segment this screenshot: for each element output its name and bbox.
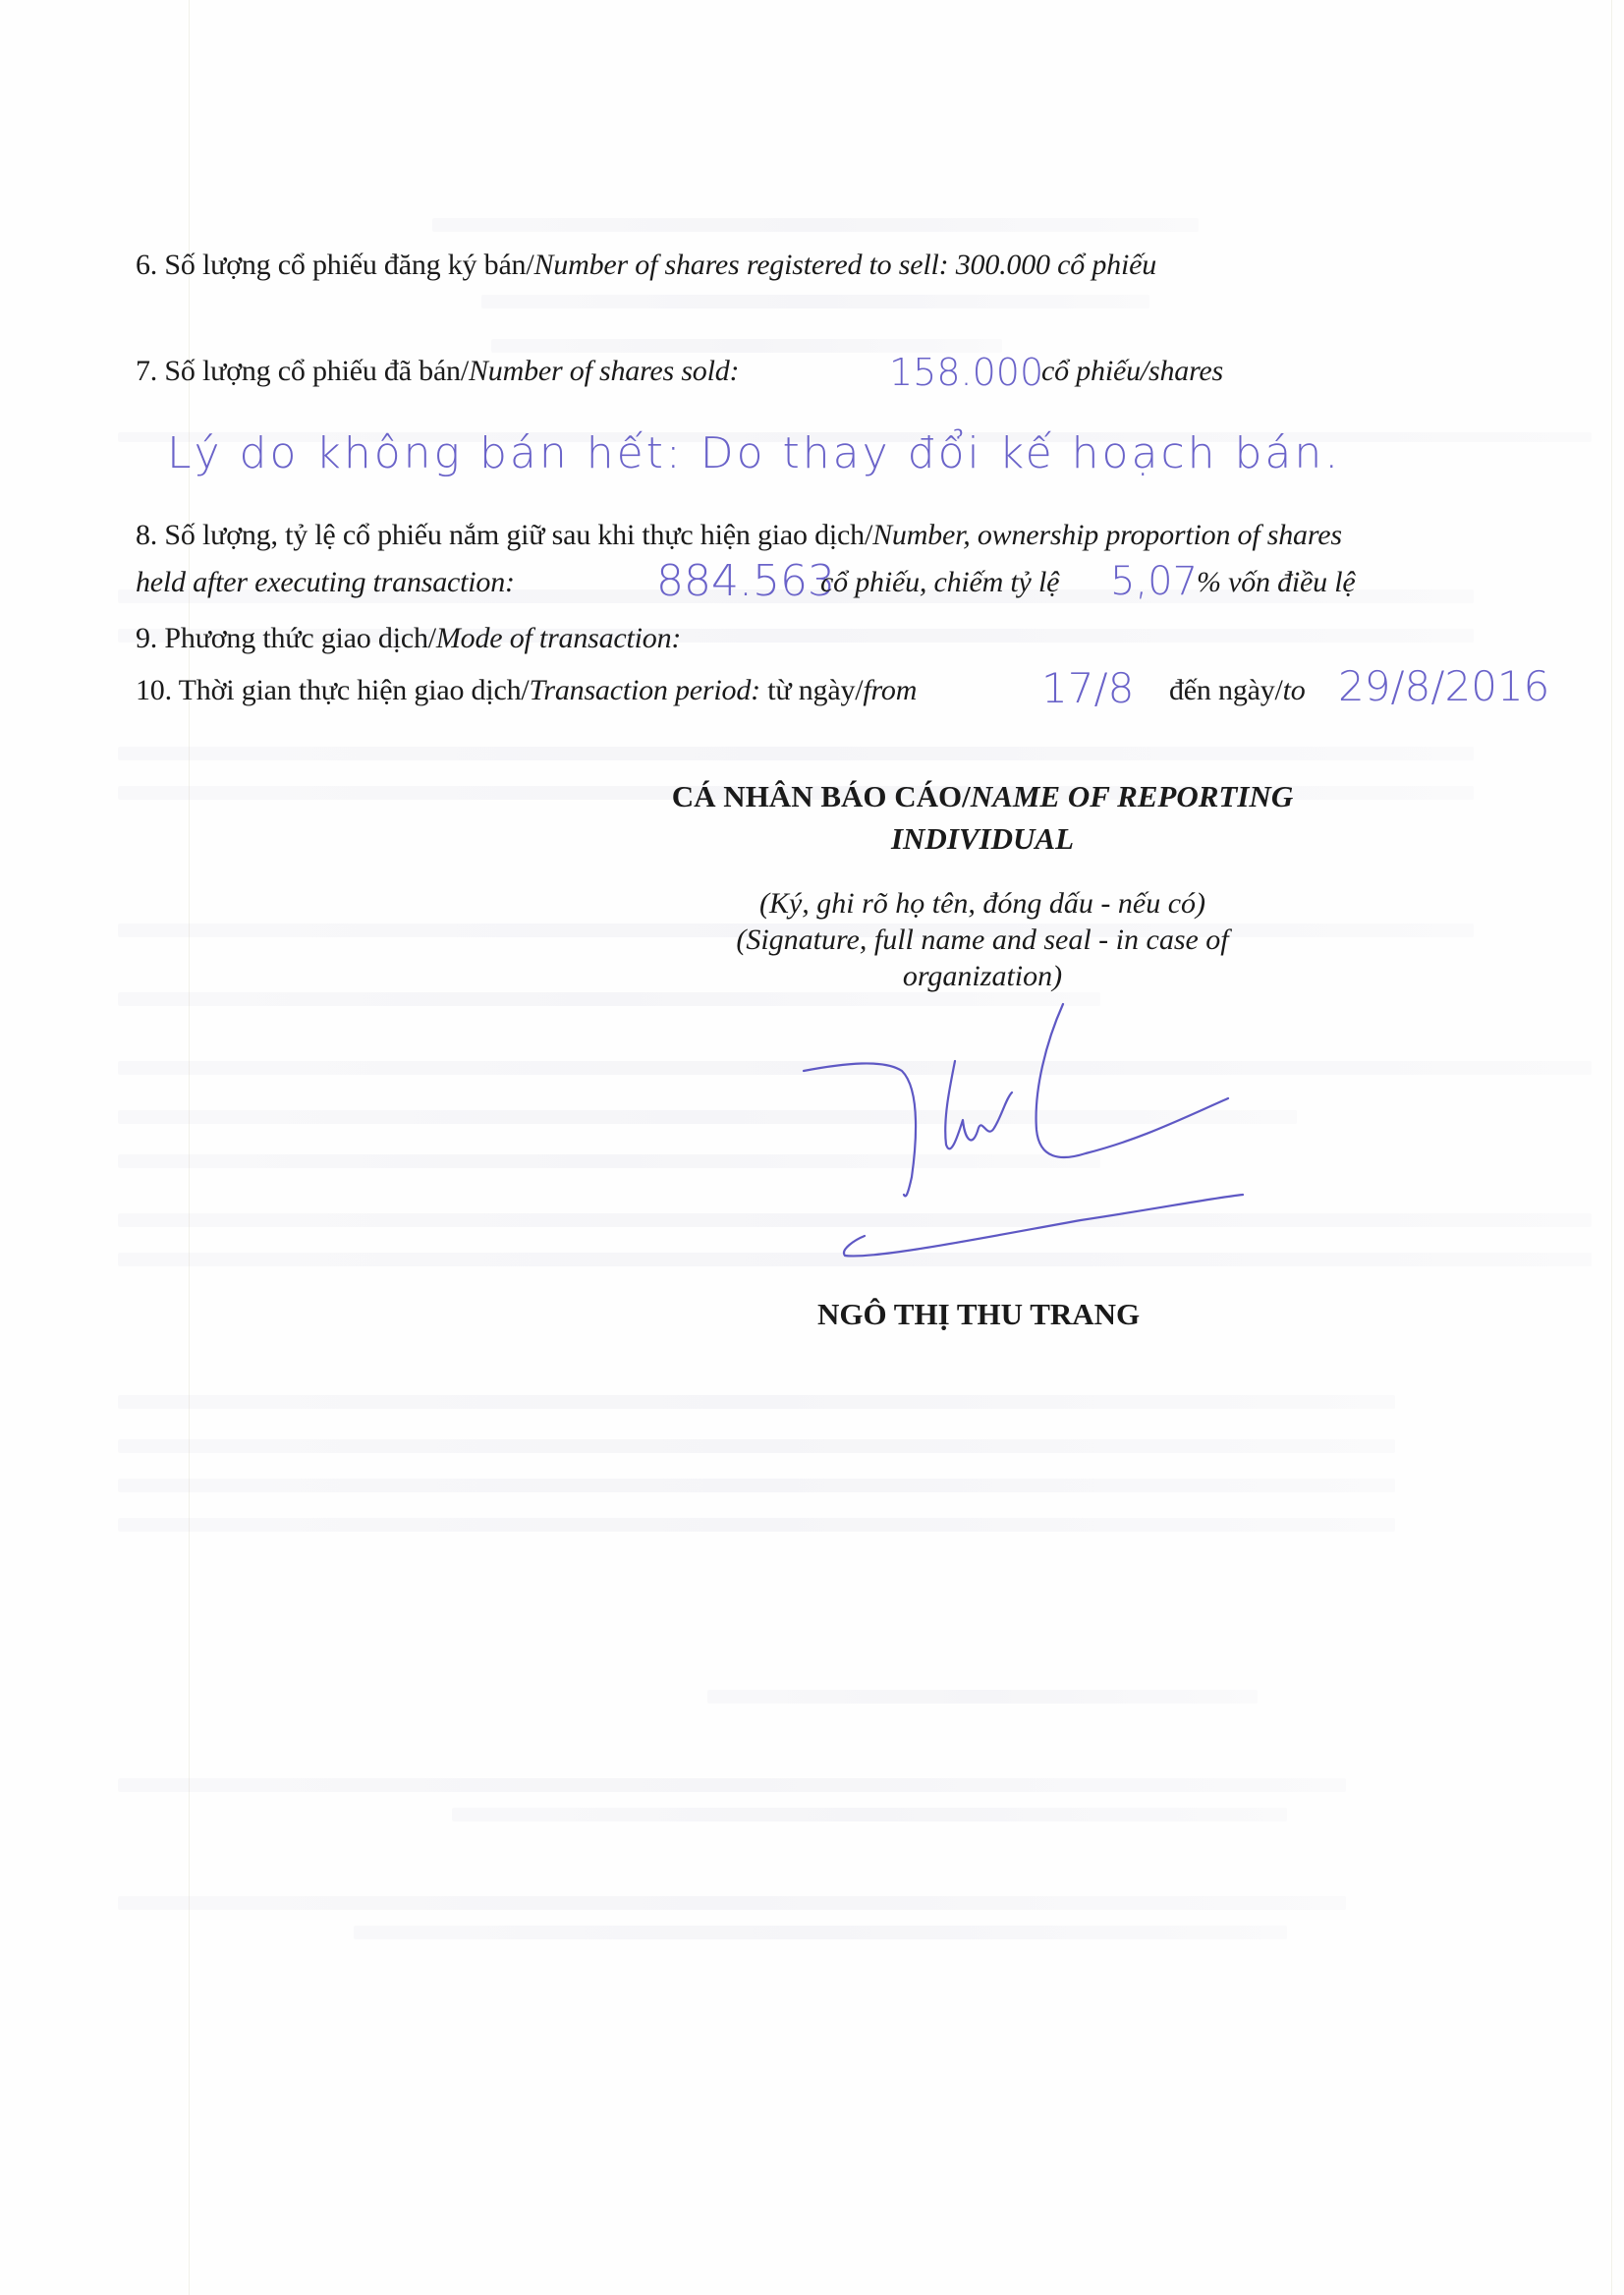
label-vi: Phương thức giao dịch/: [164, 622, 435, 654]
shares-sold-suffix: cổ phiếu/shares: [1041, 357, 1223, 386]
label-en: Number of shares sold:: [469, 355, 739, 387]
percent-suffix: % vốn điều lệ: [1197, 568, 1356, 597]
handwritten-to-date: 29/8/2016: [1338, 666, 1549, 707]
scanned-page: 6. Số lượng cổ phiếu đăng ký bán/Number …: [0, 0, 1624, 2295]
label-vi: Số lượng cổ phiếu đã bán/: [164, 355, 469, 387]
label-en: Mode of transaction:: [436, 622, 681, 654]
signature-instruction-vi: (Ký, ghi rõ họ tên, đóng dấu - nếu có): [609, 889, 1356, 919]
from-label-en: from: [863, 674, 917, 706]
shares-held-suffix: cổ phiếu, chiếm tỷ lệ: [820, 568, 1059, 597]
handwritten-shares-held: 884.563: [656, 560, 835, 603]
item-6-registered-shares: 6. Số lượng cổ phiếu đăng ký bán/Number …: [136, 251, 1156, 280]
heading-en: NAME OF REPORTING: [971, 779, 1293, 813]
signature-heading: CÁ NHÂN BÁO CÁO/NAME OF REPORTING: [609, 781, 1356, 812]
scan-artifact-line: [189, 0, 190, 2295]
item-number: 7.: [136, 355, 157, 387]
item-8-ownership-after: 8. Số lượng, tỷ lệ cổ phiếu nắm giữ sau …: [136, 521, 1342, 550]
to-label: đến ngày/to: [1169, 676, 1306, 705]
handwritten-from-date: 17/8: [1041, 668, 1134, 709]
label-en-continued: held after executing transaction:: [136, 568, 515, 597]
scan-artifact-line: [1611, 0, 1612, 2295]
to-label-vi: đến ngày/: [1169, 674, 1283, 706]
label-en: Transaction period:: [530, 674, 760, 706]
item-number: 6.: [136, 249, 157, 281]
label-vi: Số lượng, tỷ lệ cổ phiếu nắm giữ sau khi…: [164, 519, 872, 551]
item-number: 9.: [136, 622, 157, 654]
item-number: 8.: [136, 519, 157, 551]
to-label-en: to: [1283, 674, 1306, 706]
item-9-mode-of-transaction: 9. Phương thức giao dịch/Mode of transac…: [136, 624, 681, 653]
item-10-transaction-period: 10. Thời gian thực hiện giao dịch/Transa…: [136, 676, 917, 705]
handwritten-ownership-percent: 5,07: [1110, 562, 1198, 601]
label-en: Number of shares registered to sell: 300…: [534, 249, 1157, 281]
signature-instruction-en: (Signature, full name and seal - in case…: [609, 925, 1356, 955]
signer-name: NGÔ THỊ THU TRANG: [817, 1299, 1112, 1329]
signature-heading-cont: INDIVIDUAL: [609, 823, 1356, 854]
label-en: Number, ownership proportion of shares: [872, 519, 1342, 551]
handwritten-shares-sold: 158.000: [889, 354, 1043, 391]
handwritten-signature: [786, 1002, 1395, 1307]
signature-instruction-en-cont: organization): [609, 962, 1356, 991]
item-number: 10.: [136, 674, 172, 706]
heading-vi: CÁ NHÂN BÁO CÁO/: [672, 779, 971, 813]
label-vi: Thời gian thực hiện giao dịch/: [179, 674, 530, 706]
from-label-vi: từ ngày/: [767, 674, 863, 706]
handwritten-reason-note: Lý do không bán hết: Do thay đổi kế hoạc…: [167, 432, 1341, 476]
item-7-shares-sold: 7. Số lượng cổ phiếu đã bán/Number of sh…: [136, 357, 739, 386]
label-vi: Số lượng cổ phiếu đăng ký bán/: [164, 249, 533, 281]
